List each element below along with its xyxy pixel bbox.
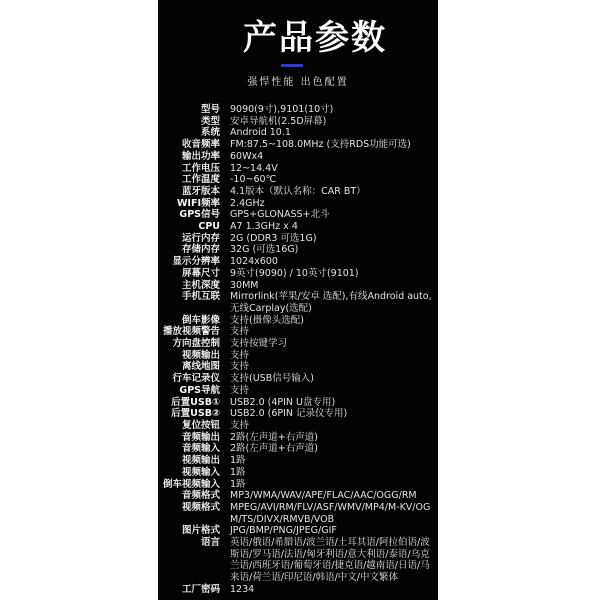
page-background: { "page": { "background_color": "#ffffff… — [0, 0, 600, 600]
spec-row: 手机互联 Mirrorlink(苹果/安卓 选配),有线Android auto… — [158, 291, 438, 314]
spec-value: Android 10.1 — [230, 127, 438, 139]
spec-value: 支持按键学习 — [230, 338, 438, 350]
spec-value: Mirrorlink(苹果/安卓 选配),有线Android auto,无线Ca… — [230, 291, 438, 314]
spec-label: 后置USB① — [158, 397, 220, 409]
spec-row: 方向盘控制 支持按键学习 — [158, 338, 438, 350]
spec-row: 视频输出 支持 — [158, 350, 438, 362]
spec-row: 系统 Android 10.1 — [158, 127, 438, 139]
spec-value: 30MM — [230, 280, 438, 292]
spec-label: 输出功率 — [158, 151, 220, 163]
spec-label: GPS导航 — [158, 385, 220, 397]
spec-value: 支持 — [230, 361, 438, 373]
page-subtitle: 强悍性能 出色配置 — [158, 73, 438, 88]
spec-value: 9英寸(9090) / 10英寸(9101) — [230, 268, 438, 280]
spec-row: 倒车影像 支持(摄像头选配) — [158, 315, 438, 327]
spec-row: 复位按钮 支持 — [158, 420, 438, 432]
spec-row: 后置USB① USB2.0 (4PIN U盘专用) — [158, 397, 438, 409]
spec-label: 工作温度 — [158, 174, 220, 186]
spec-value: MP3/WMA/WAV/APE/FLAC/AAC/OGG/RM — [230, 490, 438, 502]
spec-row: 图片格式 JPG/BMP/PNG/JPEG/GIF — [158, 525, 438, 537]
spec-value: 2路(左声道+右声道) — [230, 443, 438, 455]
spec-row: 显示分辨率 1024x600 — [158, 256, 438, 268]
spec-row: 存储内存 32G (可选16G) — [158, 244, 438, 256]
spec-row: 类型 安卓导航机(2.5D屏幕) — [158, 116, 438, 128]
spec-row: 后置USB② USB2.0 (6PIN 记录仪专用) — [158, 408, 438, 420]
spec-value: 支持(摄像头选配) — [230, 315, 438, 327]
spec-value: 1024x600 — [230, 256, 438, 268]
spec-label: 工厂密码 — [158, 584, 220, 596]
spec-row: 行车记录仪 支持(USB信号输入) — [158, 373, 438, 385]
spec-row: 型号 9090(9寸),9101(10寸) — [158, 104, 438, 116]
spec-label: 音频输入 — [158, 443, 220, 455]
spec-label: WIFI频率 — [158, 198, 220, 210]
spec-label: 方向盘控制 — [158, 338, 220, 350]
spec-label: 收音频率 — [158, 139, 220, 151]
spec-label: 系统 — [158, 127, 220, 139]
spec-label: 显示分辨率 — [158, 256, 220, 268]
spec-label: GPS信号 — [158, 209, 220, 221]
spec-row: 语言 英语/俄语/希腊语/波兰语/土耳其语/阿拉伯语/波斯语/罗马语/法语/匈牙… — [158, 537, 438, 584]
spec-row: 离线地图 支持 — [158, 361, 438, 373]
spec-table: 型号 9090(9寸),9101(10寸) 类型 安卓导航机(2.5D屏幕) 系… — [158, 104, 438, 596]
spec-value: 支持 — [230, 420, 438, 432]
spec-label: 行车记录仪 — [158, 373, 220, 385]
spec-row: 视频输入 1路 — [158, 467, 438, 479]
spec-label: 音频输出 — [158, 432, 220, 444]
spec-row: 视频输出 1路 — [158, 455, 438, 467]
spec-value: 英语/俄语/希腊语/波兰语/土耳其语/阿拉伯语/波斯语/罗马语/法语/匈牙利语/… — [230, 537, 438, 584]
spec-row: 工厂密码 1234 — [158, 584, 438, 596]
spec-value: 支持(USB信号输入) — [230, 373, 438, 385]
spec-label: 音频格式 — [158, 490, 220, 502]
title-divider — [281, 64, 303, 67]
spec-value: 2G (DDR3 可选1G) — [230, 233, 438, 245]
spec-value: 支持 — [230, 326, 438, 338]
spec-value: 1234 — [230, 584, 438, 596]
spec-label: 倒车视频输入 — [158, 479, 220, 491]
spec-row: GPS导航 支持 — [158, 385, 438, 397]
spec-label: 视频输出 — [158, 350, 220, 362]
spec-label: 工作电压 — [158, 163, 220, 175]
spec-row: 音频输出 2路(左声道+右声道) — [158, 432, 438, 444]
spec-row: 工作温度 -10~60℃ — [158, 174, 438, 186]
spec-value: 12~14.4V — [230, 163, 438, 175]
spec-label: 视频输出 — [158, 455, 220, 467]
spec-label: CPU — [158, 221, 220, 233]
spec-label: 语言 — [158, 537, 220, 549]
spec-row: 主机深度 30MM — [158, 280, 438, 292]
spec-value: 1路 — [230, 467, 438, 479]
spec-value: USB2.0 (6PIN 记录仪专用) — [230, 408, 438, 420]
spec-label: 类型 — [158, 116, 220, 128]
spec-value: JPG/BMP/PNG/JPEG/GIF — [230, 525, 438, 537]
spec-value: 2.4GHz — [230, 198, 438, 210]
spec-row: 工作电压 12~14.4V — [158, 163, 438, 175]
spec-label: 视频输入 — [158, 467, 220, 479]
spec-label: 后置USB② — [158, 408, 220, 420]
spec-value: -10~60℃ — [230, 174, 438, 186]
spec-value: 32G (可选16G) — [230, 244, 438, 256]
spec-value: A7 1.3GHz x 4 — [230, 221, 438, 233]
spec-row: 输出功率 60Wx4 — [158, 151, 438, 163]
spec-label: 运行内存 — [158, 233, 220, 245]
spec-value: 9090(9寸),9101(10寸) — [230, 104, 438, 116]
page-title: 产品参数 — [175, 21, 438, 55]
spec-value: 4.1版本（默认名称：CAR BT） — [230, 186, 438, 198]
spec-label: 复位按钮 — [158, 420, 220, 432]
spec-label: 图片格式 — [158, 525, 220, 537]
spec-row: GPS信号 GPS+GLONASS+北斗 — [158, 209, 438, 221]
spec-value: FM:87.5~108.0MHz (支持RDS功能可选) — [230, 139, 438, 151]
spec-label: 蓝牙版本 — [158, 186, 220, 198]
spec-label: 存储内存 — [158, 244, 220, 256]
spec-row: 蓝牙版本 4.1版本（默认名称：CAR BT） — [158, 186, 438, 198]
spec-label: 屏幕尺寸 — [158, 268, 220, 280]
spec-value: 1路 — [230, 479, 438, 491]
spec-value: GPS+GLONASS+北斗 — [230, 209, 438, 221]
spec-row: 运行内存 2G (DDR3 可选1G) — [158, 233, 438, 245]
spec-label: 视频格式 — [158, 502, 220, 514]
spec-row: 音频格式 MP3/WMA/WAV/APE/FLAC/AAC/OGG/RM — [158, 490, 438, 502]
product-spec-panel: 产品参数 强悍性能 出色配置 型号 9090(9寸),9101(10寸) 类型 … — [158, 0, 438, 600]
spec-row: CPU A7 1.3GHz x 4 — [158, 221, 438, 233]
spec-label: 播放视频警告 — [158, 326, 220, 338]
spec-label: 倒车影像 — [158, 315, 220, 327]
spec-label: 型号 — [158, 104, 220, 116]
spec-value: 支持 — [230, 385, 438, 397]
spec-value: 2路(左声道+右声道) — [230, 432, 438, 444]
spec-row: 收音频率 FM:87.5~108.0MHz (支持RDS功能可选) — [158, 139, 438, 151]
spec-row: 屏幕尺寸 9英寸(9090) / 10英寸(9101) — [158, 268, 438, 280]
spec-row: 视频格式 MPEG/AVI/RM/FLV/ASF/WMV/MP4/M-KV/OG… — [158, 502, 438, 525]
spec-value: USB2.0 (4PIN U盘专用) — [230, 397, 438, 409]
spec-value: 60Wx4 — [230, 151, 438, 163]
spec-value: 安卓导航机(2.5D屏幕) — [230, 116, 438, 128]
spec-label: 主机深度 — [158, 280, 220, 292]
spec-row: 播放视频警告 支持 — [158, 326, 438, 338]
spec-row: 音频输入 2路(左声道+右声道) — [158, 443, 438, 455]
spec-value: 支持 — [230, 350, 438, 362]
spec-value: 1路 — [230, 455, 438, 467]
spec-row: WIFI频率 2.4GHz — [158, 198, 438, 210]
spec-label: 离线地图 — [158, 361, 220, 373]
spec-value: MPEG/AVI/RM/FLV/ASF/WMV/MP4/M-KV/OGM/TS/… — [230, 502, 438, 525]
spec-row: 倒车视频输入 1路 — [158, 479, 438, 491]
spec-label: 手机互联 — [158, 291, 220, 303]
